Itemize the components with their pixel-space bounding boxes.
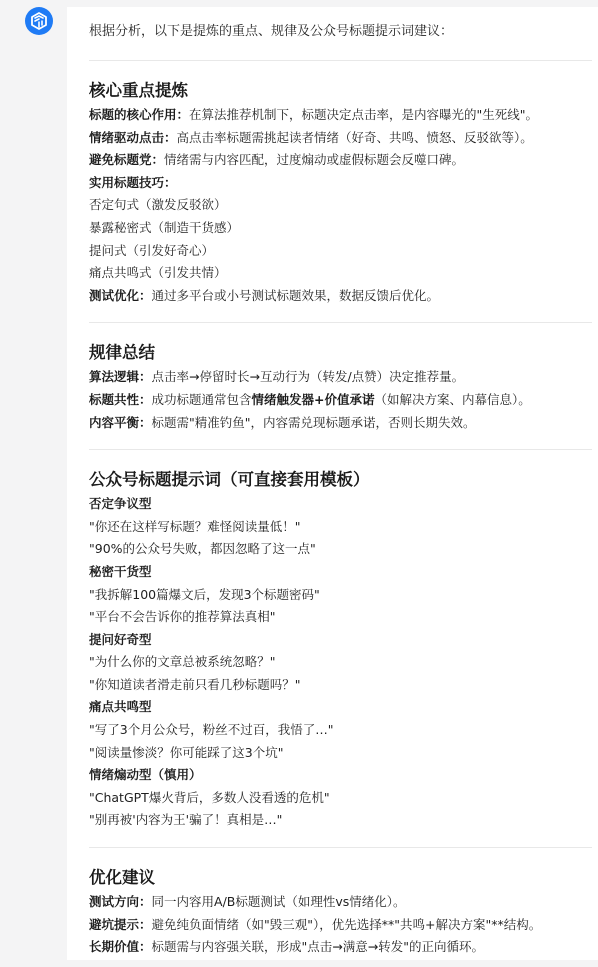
core-item: 标题的核心作用：在算法推荐机制下，标题决定点击率，是内容曝光的"生死线"。 xyxy=(89,104,592,127)
assistant-avatar xyxy=(25,7,53,35)
technique-item: 否定句式（激发反驳欲） xyxy=(89,194,592,217)
cube-logo-icon xyxy=(30,12,48,30)
prompt-template: "写了3个月公众号，粉丝不过百，我悟了…" xyxy=(89,719,592,742)
intro-text: 根据分析，以下是提炼的重点、规律及公众号标题提示词建议： xyxy=(89,23,592,41)
core-item: 测试优化：通过多平台或小号测试标题效果，数据反馈后优化。 xyxy=(89,285,592,308)
section-title: 规律总结 xyxy=(89,342,592,364)
optimize-item: 长期价值：标题需与内容强关联，形成"点击→满意→转发"的正向循环。 xyxy=(89,936,592,959)
section-title: 核心重点提炼 xyxy=(89,80,592,102)
prompt-template: "平台不会告诉你的推荐算法真相" xyxy=(89,606,592,629)
section-prompts: 公众号标题提示词（可直接套用模板） 否定争议型 "你还在这样写标题？难怪阅读量低… xyxy=(89,450,592,832)
technique-item: 提问式（引发好奇心） xyxy=(89,240,592,263)
technique-item: 暴露秘密式（制造干货感） xyxy=(89,217,592,240)
prompt-template: "为什么你的文章总被系统忽略？" xyxy=(89,651,592,674)
section-rules: 规律总结 算法逻辑：点击率→停留时长→互动行为（转发/点赞）决定推荐量。 标题共… xyxy=(89,323,592,434)
technique-item: 痛点共鸣式（引发共情） xyxy=(89,262,592,285)
prompt-template: "ChatGPT爆火背后，多数人没看透的危机" xyxy=(89,787,592,810)
assistant-message: 根据分析，以下是提炼的重点、规律及公众号标题提示词建议： 核心重点提炼 标题的核… xyxy=(67,7,598,960)
prompt-group-title: 提问好奇型 xyxy=(89,629,592,652)
core-item: 避免标题党：情绪需与内容匹配，过度煽动或虚假标题会反噬口碑。 xyxy=(89,149,592,172)
core-item: 情绪驱动点击：高点击率标题需挑起读者情绪（好奇、共鸣、愤怒、反驳欲等）。 xyxy=(89,127,592,150)
optimize-item: 测试方向：同一内容用A/B标题测试（如理性vs情绪化）。 xyxy=(89,891,592,914)
prompt-group-title: 否定争议型 xyxy=(89,493,592,516)
prompt-template: "别再被'内容为王'骗了！真相是…" xyxy=(89,809,592,832)
rule-item: 内容平衡：标题需"精准钓鱼"，内容需兑现标题承诺，否则长期失效。 xyxy=(89,412,592,435)
prompt-template: "你知道读者滑走前只看几秒标题吗？" xyxy=(89,674,592,697)
prompt-template: "我拆解100篇爆文后，发现3个标题密码" xyxy=(89,584,592,607)
prompt-group-title: 情绪煽动型（慎用） xyxy=(89,764,592,787)
techniques-label: 实用标题技巧： xyxy=(89,172,592,195)
section-core: 核心重点提炼 标题的核心作用：在算法推荐机制下，标题决定点击率，是内容曝光的"生… xyxy=(89,61,592,307)
rule-item: 算法逻辑：点击率→停留时长→互动行为（转发/点赞）决定推荐量。 xyxy=(89,366,592,389)
prompt-template: "90%的公众号失败，都因忽略了这一点" xyxy=(89,538,592,561)
prompt-template: "阅读量惨淡？你可能踩了这3个坑" xyxy=(89,742,592,765)
section-title: 公众号标题提示词（可直接套用模板） xyxy=(89,469,592,491)
prompt-group-title: 痛点共鸣型 xyxy=(89,696,592,719)
rule-item: 标题共性：成功标题通常包含情绪触发器+价值承诺（如解决方案、内幕信息）。 xyxy=(89,389,592,412)
optimize-item: 避坑提示：避免纯负面情绪（如"毁三观"），优先选择**"共鸣+解决方案"**结构… xyxy=(89,914,592,937)
prompt-group-title: 秘密干货型 xyxy=(89,561,592,584)
section-optimize: 优化建议 测试方向：同一内容用A/B标题测试（如理性vs情绪化）。 避坑提示：避… xyxy=(89,848,592,959)
section-title: 优化建议 xyxy=(89,867,592,889)
prompt-template: "你还在这样写标题？难怪阅读量低！" xyxy=(89,516,592,539)
